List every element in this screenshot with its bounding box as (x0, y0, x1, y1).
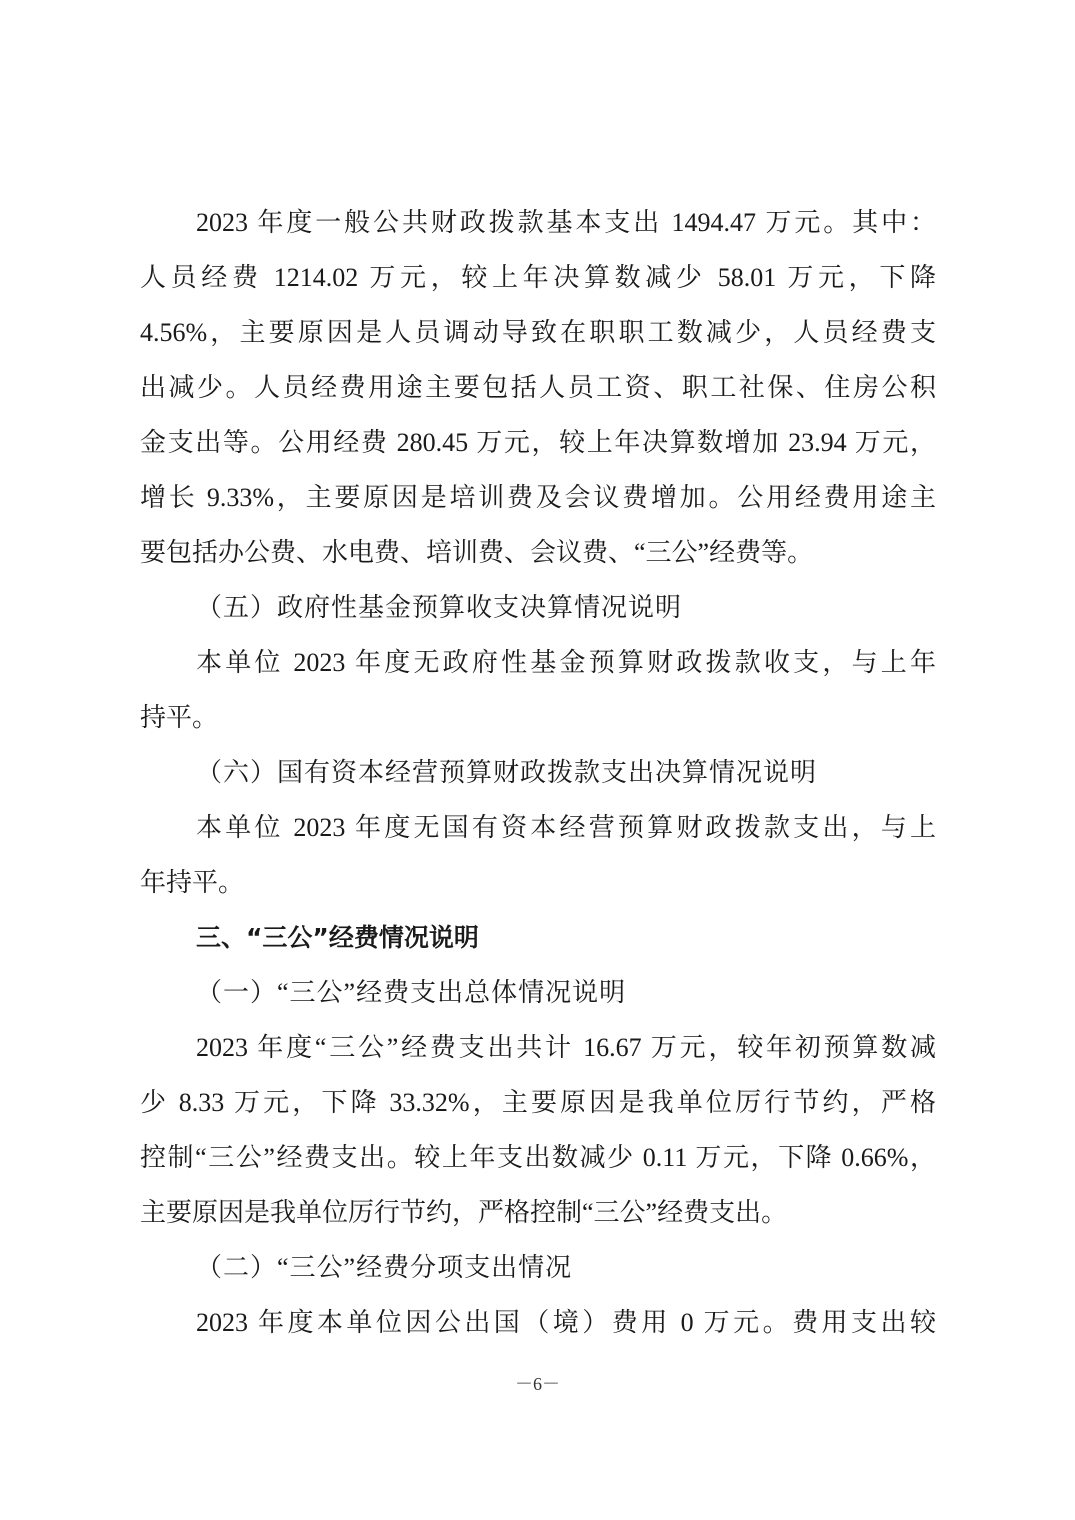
paragraph-line: 人员经费 1214.02 万元，较上年决算数减少 58.01 万元，下降 (140, 262, 936, 294)
section-subheading: （五）政府性基金预算收支决算情况说明 (196, 592, 936, 624)
paragraph-line: 金支出等。公用经费 280.45 万元，较上年决算数增加 23.94 万元， (140, 427, 936, 459)
section-subheading: （二）“三公”经费分项支出情况 (196, 1252, 936, 1284)
paragraph-line: 本单位 2023 年度无政府性基金预算财政拨款收支，与上年 (196, 647, 936, 679)
paragraph-line: 控制“三公”经费支出。较上年支出数减少 0.11 万元，下降 0.66%， (140, 1142, 936, 1174)
paragraph-line: 主要原因是我单位厉行节约，严格控制“三公”经费支出。 (140, 1197, 936, 1229)
paragraph-line: 4.56%，主要原因是人员调动导致在职职工数减少，人员经费支 (140, 317, 936, 349)
section-subheading: （一）“三公”经费支出总体情况说明 (196, 977, 936, 1009)
section-subheading: （六）国有资本经营预算财政拨款支出决算情况说明 (196, 757, 936, 789)
paragraph-line: 2023 年度一般公共财政拨款基本支出 1494.47 万元。其中： (196, 207, 936, 239)
document-page: 2023 年度一般公共财政拨款基本支出 1494.47 万元。其中： 人员经费 … (0, 0, 1075, 1520)
paragraph-line: 要包括办公费、水电费、培训费、会议费、“三公”经费等。 (140, 537, 936, 569)
paragraph-line: 增长 9.33%，主要原因是培训费及会议费增加。公用经费用途主 (140, 482, 936, 514)
page-number: －6－ (0, 1370, 1075, 1396)
paragraph-line: 少 8.33 万元，下降 33.32%，主要原因是我单位厉行节约，严格 (140, 1087, 936, 1119)
paragraph-line: 年持平。 (140, 867, 936, 899)
paragraph-line: 本单位 2023 年度无国有资本经营预算财政拨款支出，与上 (196, 812, 936, 844)
paragraph-line: 持平。 (140, 702, 936, 734)
paragraph-line: 2023 年度本单位因公出国（境）费用 0 万元。费用支出较 (196, 1307, 936, 1339)
paragraph-line: 出减少。人员经费用途主要包括人员工资、职工社保、住房公积 (140, 372, 936, 404)
section-heading: 三、“三公”经费情况说明 (196, 922, 936, 954)
paragraph-line: 2023 年度“三公”经费支出共计 16.67 万元，较年初预算数减 (196, 1032, 936, 1064)
